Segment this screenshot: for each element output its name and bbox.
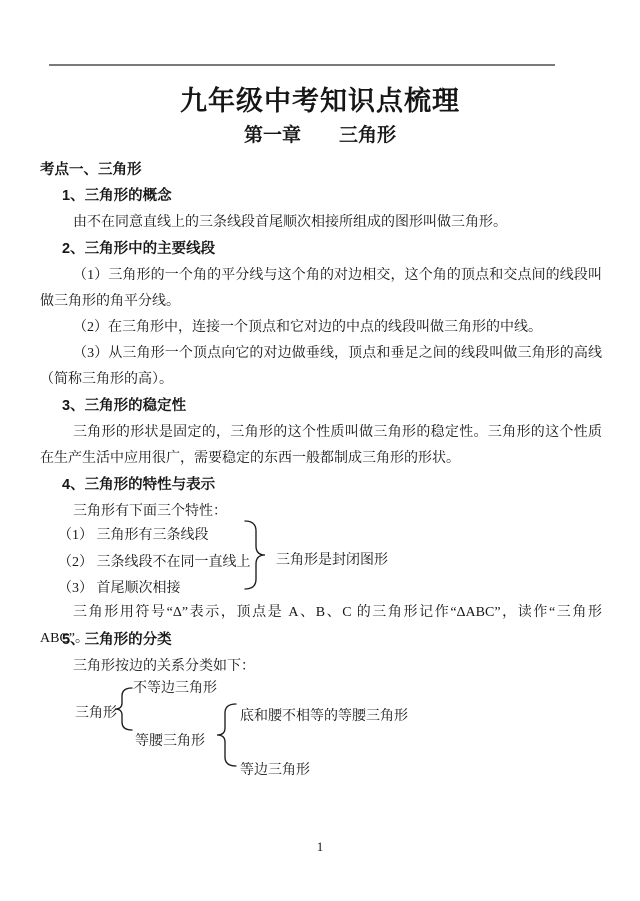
section4-feature-list: （1） 三角形有三条线段 （2） 三条线段不在同一直线上 （3） 首尾顺次相接 (58, 523, 251, 603)
feature-item-3: （3） 首尾顺次相接 (58, 576, 251, 603)
brace-left-icon (216, 702, 238, 773)
tree-root-label: 三角形 (75, 702, 117, 722)
feature-item-2: （2） 三条线段不在同一直线上 (58, 550, 251, 577)
document-title: 九年级中考知识点梳理 (0, 79, 640, 118)
page-number: 1 (0, 839, 640, 855)
section2-item1: （1）三角形的一个角的平分线与这个角的对边相交，这个角的顶点和交点间的线段叫做三… (40, 263, 602, 316)
section1-body: 由不在同意直线上的三条线段首尾顺次相接所组成的图形叫做三角形。 (40, 210, 602, 236)
feature-item-1: （1） 三角形有三条线段 (58, 523, 251, 550)
tree-branch2-sub2-label: 等边三角形 (240, 759, 310, 779)
section5-intro: 三角形按边的关系分类如下： (40, 654, 602, 680)
tree-branch2-label: 等腰三角形 (135, 730, 205, 750)
section2-item2: （2）在三角形中，连接一个顶点和它对边的中点的线段叫做三角形的中线。 (40, 315, 602, 341)
chapter-number: 第一章 (244, 120, 301, 147)
topic-heading: 考点一、三角形 (40, 158, 142, 179)
header-rule (49, 64, 555, 66)
section4-intro: 三角形有下面三个特性： (40, 499, 602, 525)
tree-branch2-sub1-label: 底和腰不相等的等腰三角形 (240, 705, 408, 725)
section4-heading: 4、三角形的特性与表示 (62, 473, 215, 494)
brace-right-icon (243, 519, 267, 596)
section5-heading: 5、三角形的分类 (62, 628, 172, 649)
section3-body: 三角形的形状是固定的，三角形的这个性质叫做三角形的稳定性。三角形的这个性质在生产… (40, 420, 602, 473)
section1-heading: 1、三角形的概念 (62, 184, 172, 205)
chapter-title: 三角形 (339, 120, 396, 147)
section2-item3: （3）从三角形一个顶点向它的对边做垂线，顶点和垂足之间的线段叫做三角形的高线（简… (40, 341, 602, 394)
chapter-heading: 第一章 三角形 (0, 120, 640, 147)
section3-heading: 3、三角形的稳定性 (62, 394, 186, 415)
document-page: 九年级中考知识点梳理 第一章 三角形 考点一、三角形 1、三角形的概念 由不在同… (0, 0, 640, 901)
section2-heading: 2、三角形中的主要线段 (62, 237, 215, 258)
section4-brace-label: 三角形是封闭图形 (276, 549, 388, 569)
brace-left-icon (114, 686, 134, 737)
tree-branch1-label: 不等边三角形 (133, 677, 217, 697)
